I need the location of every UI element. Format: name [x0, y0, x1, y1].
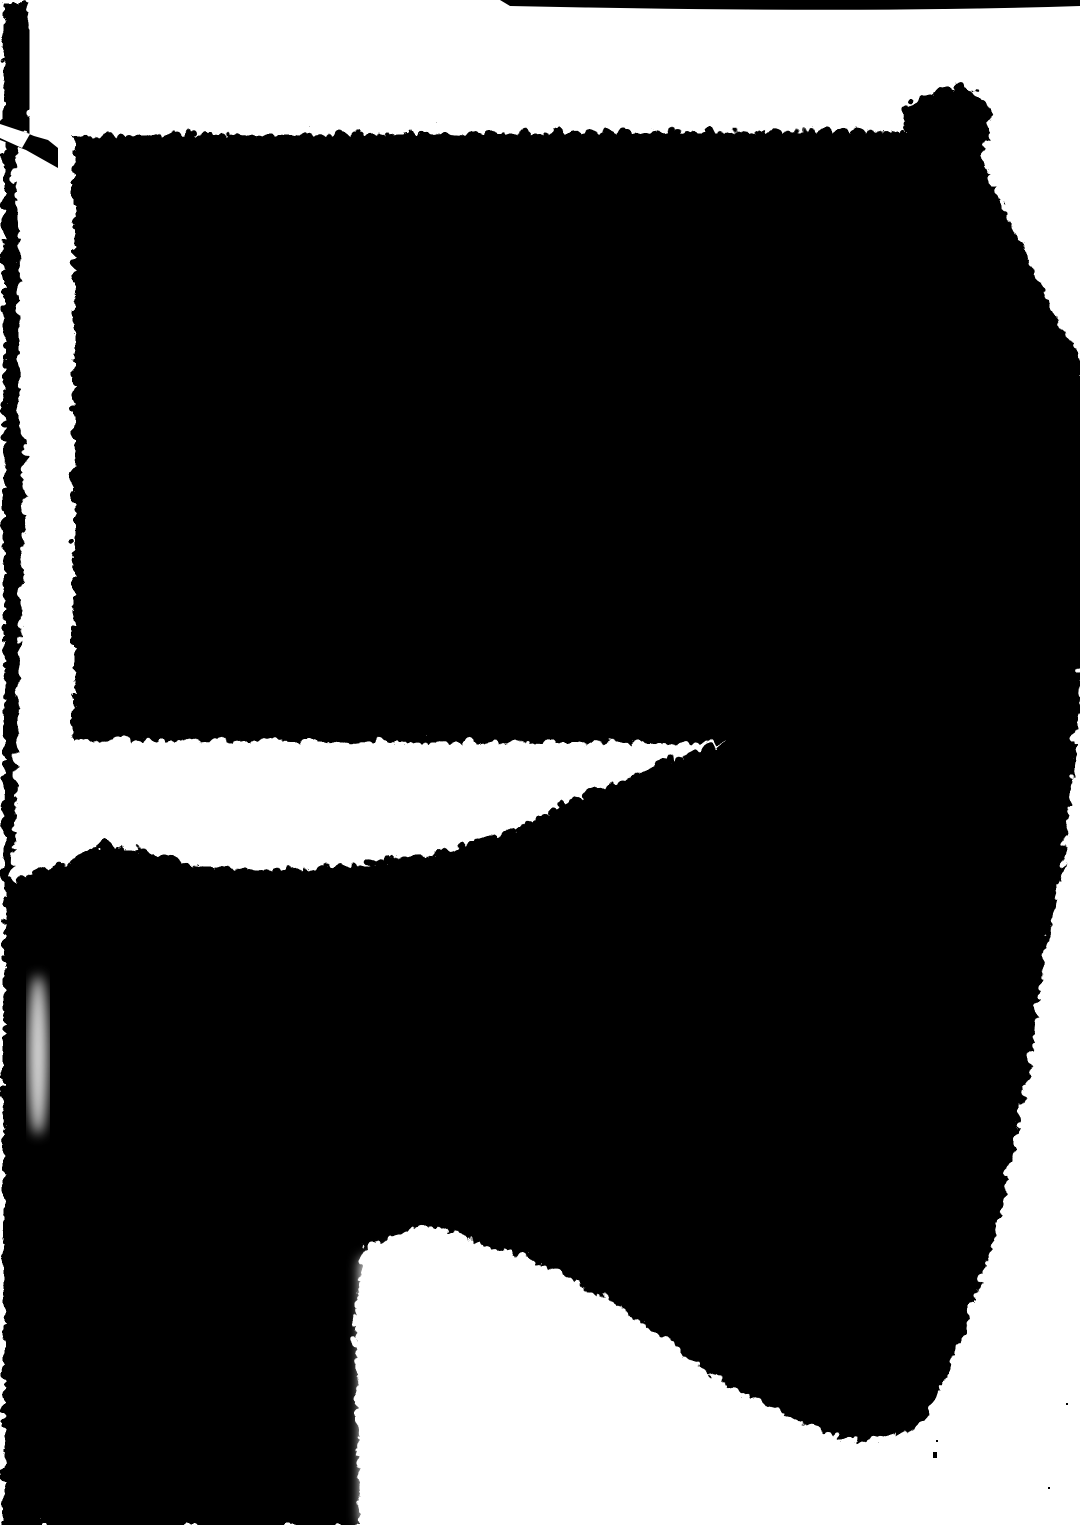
thresholded-photo [0, 0, 1080, 1525]
